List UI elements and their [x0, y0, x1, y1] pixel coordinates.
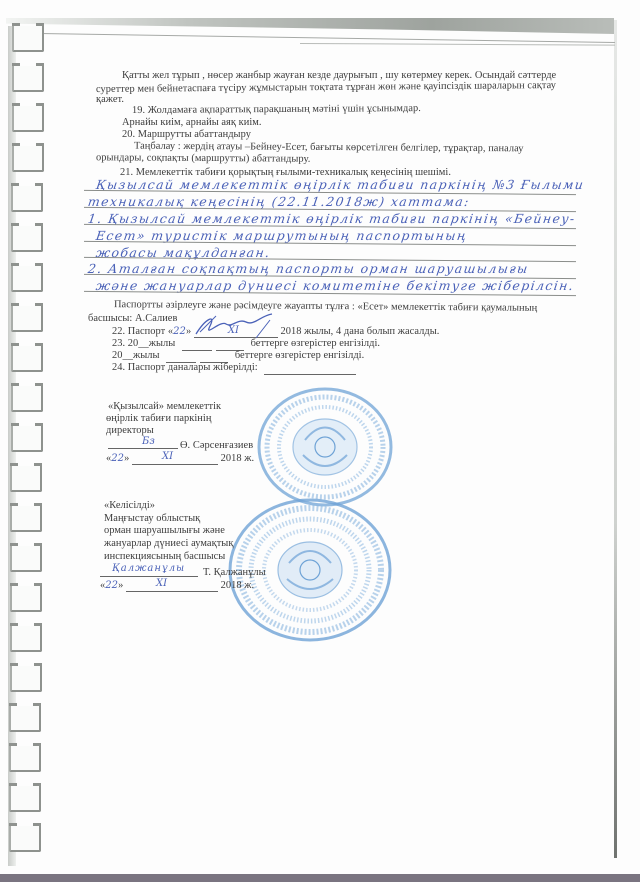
agreed-line-4: инспекциясының басшысы [104, 551, 225, 563]
binding-ring [10, 586, 42, 612]
item-22-prefix: 22. Паспорт « [112, 326, 173, 337]
binding-ring [10, 626, 42, 652]
agreed-date: «22» XI 2018 ж. [100, 580, 254, 592]
item-23-prefix: 20__жылы [112, 350, 160, 361]
official-seal-kyzylsai [255, 385, 395, 510]
binding-ring [10, 666, 42, 692]
page-top-edge-line [40, 33, 615, 43]
item-22-suffix: 2018 жылы, 4 дана болып жасалды. [281, 326, 440, 337]
director-name: Ө. Сәрсенғазиев [180, 440, 253, 452]
binding-ring [11, 226, 43, 252]
agreed-label: «Келісілді» [104, 500, 155, 512]
item-19-heading: 19. Жолдамаға ақпараттық парақшаның мәті… [132, 103, 421, 117]
signature-line [108, 448, 178, 449]
item-23-suffix: беттерге өзгерістер енгізілді. [235, 350, 364, 361]
binding-ring [10, 546, 42, 572]
scan-bottom-edge [0, 874, 640, 882]
binding-ring [11, 186, 43, 212]
director-year: 2018 ж. [221, 453, 255, 464]
intro-line-2: суреттер мен бейнетаспаға түсіру жұмыста… [96, 80, 556, 96]
binding-ring [12, 66, 44, 92]
binding-ring [11, 306, 43, 332]
page-top-edge-line [300, 43, 615, 46]
binding-ring [11, 386, 43, 412]
blank-field [264, 362, 356, 375]
director-month-field: XI [132, 454, 218, 465]
director-day: 22 [111, 453, 124, 464]
director-line-2: өңірлік табиғи паркінің [106, 413, 211, 425]
agreed-month-field: XI [126, 581, 218, 592]
item-22-day: 22 [173, 326, 186, 337]
binding-ring [12, 26, 44, 52]
item-23-prefix: 23. 20__жылы [112, 338, 175, 349]
intro-line-3: қажет. [96, 94, 124, 106]
director-date: «22» XI 2018 ж. [106, 453, 254, 465]
responsible-line-1: Паспортты әзірлеуге және рәсімдеуге жауа… [114, 299, 537, 315]
item-23-suffix: беттерге өзгерістер енгізілді. [251, 338, 380, 349]
director-signature: Бз [142, 436, 155, 447]
page-top-shadow [6, 18, 614, 34]
agreed-year: 2018 ж. [221, 580, 255, 591]
binding-ring [11, 426, 43, 452]
director-month: XI [162, 451, 173, 463]
binding-ring [9, 706, 41, 732]
item-20-text-2: орындары, соқпақты (маршрутты) абаттанды… [96, 152, 310, 165]
responsible-line-2: басшысы: А.Салиев [88, 313, 177, 325]
agreed-line-2: орман шаруашылығы және [104, 525, 225, 537]
item-19-text: Арнайы киім, арнайы аяқ киім. [122, 117, 262, 129]
binding-ring [12, 146, 44, 172]
binding-ring [11, 266, 43, 292]
agreed-line-1: Маңғыстау облыстық [104, 513, 200, 525]
item-24: 24. Паспорт даналары жіберілді: [112, 362, 356, 375]
signature-line [100, 576, 198, 577]
agreed-day: 22 [105, 580, 118, 591]
binding-ring [9, 746, 41, 772]
agreed-signature: Қалжанұлы [112, 563, 185, 574]
page-right-edge [614, 20, 617, 858]
item-20-heading: 20. Маршрутты абаттандыру [122, 129, 251, 141]
item-24-text: 24. Паспорт даналары жіберілді: [112, 362, 258, 373]
director-line-1: «Қызылсай» мемлекеттік [108, 401, 221, 413]
binding-ring [12, 106, 44, 132]
agreed-line-3: жануарлар дүниесі аумақтық [104, 538, 233, 550]
binding-ring [10, 466, 42, 492]
binding-ring [10, 506, 42, 532]
agreed-month: XI [156, 578, 167, 590]
binding-ring [9, 786, 41, 812]
binding-ring [11, 346, 43, 372]
binding-ring [9, 826, 41, 852]
signature-saliev [186, 310, 276, 340]
agreed-name: Т. Қалжанұлы [203, 567, 266, 579]
